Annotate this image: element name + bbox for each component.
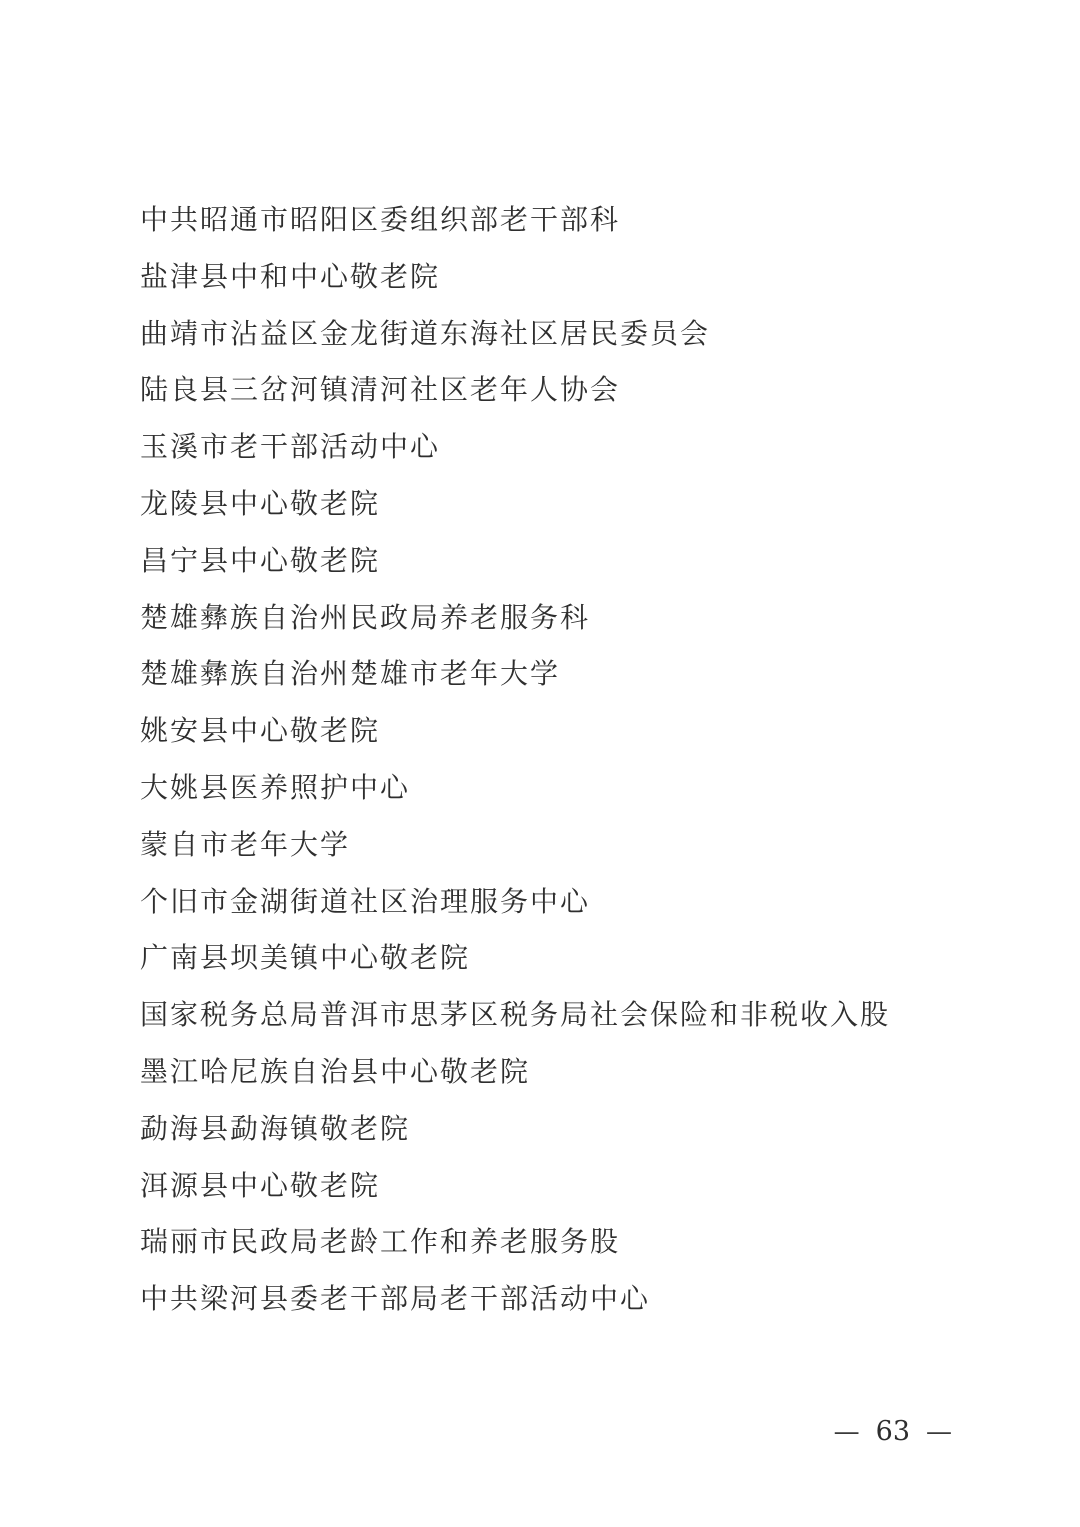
org-list-item: 大姚县医养照护中心: [140, 760, 1020, 817]
org-list-item: 瑞丽市民政局老龄工作和养老服务股: [140, 1214, 1020, 1271]
footer-dash-right: —: [926, 1417, 952, 1447]
org-list-item: 龙陵县中心敬老院: [140, 476, 1020, 533]
org-list-item: 国家税务总局普洱市思茅区税务局社会保险和非税收入股: [140, 987, 1020, 1044]
org-list-item: 曲靖市沾益区金龙街道东海社区居民委员会: [140, 306, 1020, 363]
org-list-item: 陆良县三岔河镇清河社区老年人协会: [140, 362, 1020, 419]
org-list-item: 中共昭通市昭阳区委组织部老干部科: [140, 192, 1020, 249]
org-list-item: 楚雄彝族自治州楚雄市老年大学: [140, 646, 1020, 703]
footer-dash-left: —: [834, 1417, 860, 1447]
footer-page-number: 63: [876, 1416, 910, 1447]
org-list-item: 昌宁县中心敬老院: [140, 533, 1020, 590]
org-list-item: 中共梁河县委老干部局老干部活动中心: [140, 1271, 1020, 1328]
org-list-item: 楚雄彝族自治州民政局养老服务科: [140, 590, 1020, 647]
organization-list: 中共昭通市昭阳区委组织部老干部科 盐津县中和中心敬老院 曲靖市沾益区金龙街道东海…: [140, 192, 1020, 1328]
org-list-item: 个旧市金湖街道社区治理服务中心: [140, 874, 1020, 931]
org-list-item: 蒙自市老年大学: [140, 817, 1020, 874]
org-list-item: 墨江哈尼族自治县中心敬老院: [140, 1044, 1020, 1101]
org-list-item: 勐海县勐海镇敬老院: [140, 1101, 1020, 1158]
org-list-item: 玉溪市老干部活动中心: [140, 419, 1020, 476]
org-list-item: 盐津县中和中心敬老院: [140, 249, 1020, 306]
page-number: — 63 —: [834, 1416, 952, 1447]
org-list-item: 姚安县中心敬老院: [140, 703, 1020, 760]
org-list-item: 广南县坝美镇中心敬老院: [140, 930, 1020, 987]
org-list-item: 洱源县中心敬老院: [140, 1158, 1020, 1215]
document-page: 中共昭通市昭阳区委组织部老干部科 盐津县中和中心敬老院 曲靖市沾益区金龙街道东海…: [0, 0, 1080, 1527]
